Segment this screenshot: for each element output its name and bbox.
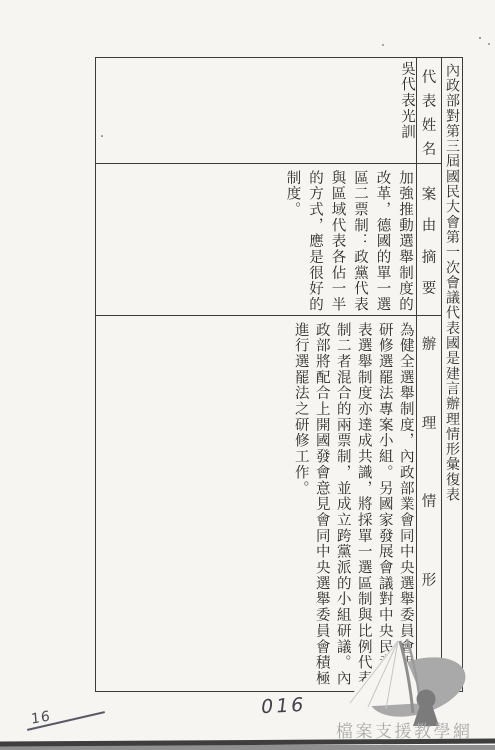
handling-status-text: 為健全選舉制度，內政部業會同中央選舉委員會組成 研修選罷法專案小組。另國家發展會… bbox=[290, 322, 416, 687]
case-summary-line: 區二票制：政黨代表 bbox=[353, 170, 368, 313]
header-case-summary: 案由摘要 bbox=[417, 164, 441, 316]
handling-status-line: 研修選罷法專案小組。另國家發展會議對中央民意代 bbox=[377, 322, 392, 687]
paper-speck bbox=[488, 43, 490, 45]
handling-status-line: 表選舉制度亦達成共識，將採單一選區制與比例代表 bbox=[356, 322, 371, 687]
table-content-area: 吳代表光訓 加強推動選舉制度的 改革，德國的單一選 區二票制：政黨代表 與區域代… bbox=[96, 58, 416, 691]
case-summary-line: 的方式，應是很好的 bbox=[308, 170, 323, 313]
scanned-document-page: 吳代表光訓 加強推動選舉制度的 改革，德國的單一選 區二票制：政黨代表 與區域代… bbox=[0, 0, 495, 750]
watermark: 檔案支援教學網 bbox=[330, 633, 495, 750]
representative-name-value: 吳代表光訓 bbox=[400, 61, 415, 140]
archives-logo-icon bbox=[340, 639, 473, 727]
header-handling-status-label: 辦理情形 bbox=[417, 333, 441, 590]
handling-status-line: 為健全選舉制度，內政部業會同中央選舉委員會組成 bbox=[398, 322, 413, 687]
paper-speck bbox=[479, 37, 481, 39]
case-summary-line: 制度。 bbox=[285, 170, 300, 313]
document-title: 內政部對第三屆國民大會第一次會議代表國是建言辦理情形彙復表 bbox=[445, 63, 459, 502]
header-representative-name-label: 代表姓名 bbox=[417, 66, 441, 159]
handling-status-line: 政部將配合上開國發會意見會同中央選舉委員會積極 bbox=[314, 322, 329, 687]
handling-status-line: 進行選罷法之研修工作。 bbox=[293, 322, 308, 687]
row-case-summary: 加強推動選舉制度的 改革，德國的單一選 區二票制：政黨代表 與區域代表各佔一半 … bbox=[96, 164, 416, 316]
header-case-summary-label: 案由摘要 bbox=[417, 183, 441, 298]
handling-status-line: 制二者混合的兩票制，並成立跨黨派的小組研議。內 bbox=[335, 322, 350, 687]
reply-summary-table: 吳代表光訓 加強推動選舉制度的 改革，德國的單一選 區二票制：政黨代表 與區域代… bbox=[95, 57, 463, 692]
case-summary-text: 加強推動選舉制度的 改革，德國的單一選 區二票制：政黨代表 與區域代表各佔一半 … bbox=[281, 170, 416, 313]
table-header-column: 代表姓名 案由摘要 辦理情形 bbox=[416, 58, 441, 691]
paper-speck bbox=[382, 44, 384, 46]
case-summary-line: 加強推動選舉制度的 bbox=[398, 170, 413, 313]
header-representative-name: 代表姓名 bbox=[417, 58, 441, 164]
case-summary-line: 與區域代表各佔一半 bbox=[330, 170, 345, 313]
row-representative-name: 吳代表光訓 bbox=[96, 58, 416, 164]
case-summary-line: 改革，德國的單一選 bbox=[375, 170, 390, 313]
handwritten-page-number: 016 bbox=[260, 694, 308, 719]
document-title-column: 內政部對第三屆國民大會第一次會議代表國是建言辦理情形彙復表 bbox=[441, 58, 462, 691]
